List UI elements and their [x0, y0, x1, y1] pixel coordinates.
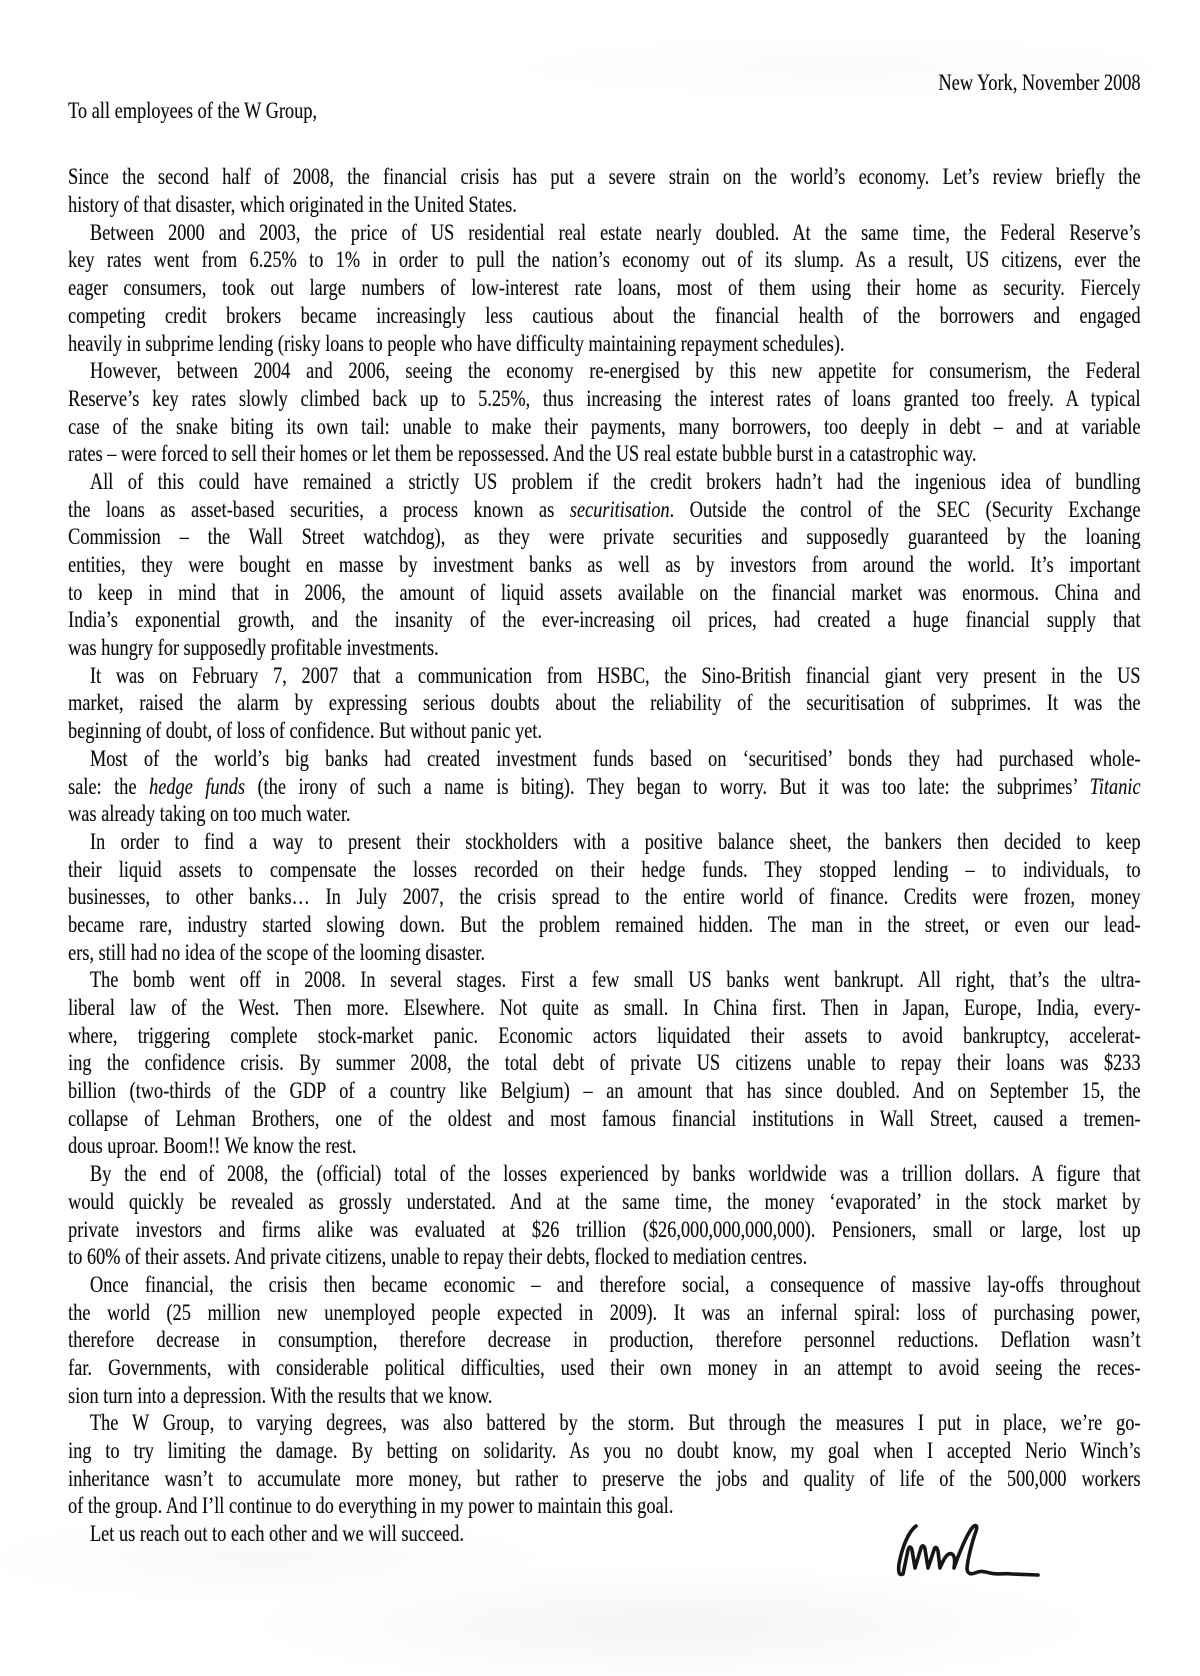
letter-line: rates – were forced to sell their homes …: [68, 441, 1141, 469]
letter-line: was already taking on too much water.: [68, 801, 1141, 829]
letter-paragraph: It was on February 7, 2007 that a commun…: [68, 663, 1141, 746]
letter-line: far. Governments, with considerable poli…: [68, 1355, 1141, 1383]
winch-signature-scrawl: [886, 1518, 1046, 1588]
letter-content: New York, November 2008 To all employees…: [68, 70, 1141, 1549]
letter-line: collapse of Lehman Brothers, one of the …: [68, 1106, 1141, 1134]
letter-paragraph: In order to find a way to present their …: [68, 829, 1141, 967]
letter-body: Since the second half of 2008, the finan…: [68, 164, 1141, 1548]
letter-line: dous uproar. Boom!! We know the rest.: [68, 1133, 1141, 1161]
letter-paragraph: The W Group, to varying degrees, was als…: [68, 1410, 1141, 1521]
letter-line: inheritance wasn’t to accumulate more mo…: [68, 1466, 1141, 1494]
letter-line: ing the confidence crisis. By summer 200…: [68, 1050, 1141, 1078]
letter-line: Since the second half of 2008, the finan…: [68, 164, 1141, 192]
winch-signature: [886, 1518, 1046, 1588]
letter-paragraph: Since the second half of 2008, the finan…: [68, 164, 1141, 219]
letter-line: Most of the world’s big banks had create…: [68, 746, 1141, 774]
letter-page: { "page": { "dateline": "New York, Novem…: [0, 0, 1200, 1676]
dateline: New York, November 2008: [68, 70, 1141, 98]
letter-paragraph: Between 2000 and 2003, the price of US r…: [68, 220, 1141, 358]
letter-line: businesses, to other banks… In July 2007…: [68, 884, 1141, 912]
letter-line: sion turn into a depression. With the re…: [68, 1383, 1141, 1411]
letter-line: to keep in mind that in 2006, the amount…: [68, 580, 1141, 608]
letter-line: beginning of doubt, of loss of confidenc…: [68, 718, 1141, 746]
letter-line: would quickly be revealed as grossly und…: [68, 1189, 1141, 1217]
letter-line: became rare, industry started slowing do…: [68, 912, 1141, 940]
letter-line: was hungry for supposedly profitable inv…: [68, 635, 1141, 663]
letter-line: market, raised the alarm by expressing s…: [68, 690, 1141, 718]
letter-line: to 60% of their assets. And private citi…: [68, 1244, 1141, 1272]
letter-line: Reserve’s key rates slowly climbed back …: [68, 386, 1141, 414]
letter-line: In order to find a way to present their …: [68, 829, 1141, 857]
letter-line: ers, still had no idea of the scope of t…: [68, 940, 1141, 968]
letter-line: key rates went from 6.25% to 1% in order…: [68, 247, 1141, 275]
letter-line: where, triggering complete stock-market …: [68, 1023, 1141, 1051]
letter-line: case of the snake biting its own tail: u…: [68, 414, 1141, 442]
letter-line: However, between 2004 and 2006, seeing t…: [68, 358, 1141, 386]
salutation: To all employees of the W Group,: [68, 98, 1141, 126]
letter-line: heavily in subprime lending (risky loans…: [68, 331, 1141, 359]
letter-line: therefore decrease in consumption, there…: [68, 1327, 1141, 1355]
letter-line: All of this could have remained a strict…: [68, 469, 1141, 497]
letter-line: liberal law of the West. Then more. Else…: [68, 995, 1141, 1023]
letter-line: By the end of 2008, the (official) total…: [68, 1161, 1141, 1189]
letter-line: entities, they were bought en masse by i…: [68, 552, 1141, 580]
letter-line: billion (two-thirds of the GDP of a coun…: [68, 1078, 1141, 1106]
letter-line: private investors and firms alike was ev…: [68, 1217, 1141, 1245]
letter-line: The bomb went off in 2008. In several st…: [68, 967, 1141, 995]
letter-line: sale: the hedge funds (the irony of such…: [68, 774, 1141, 802]
letter-line: competing credit brokers became increasi…: [68, 303, 1141, 331]
letter-paragraph: All of this could have remained a strict…: [68, 469, 1141, 663]
letter-paragraph: By the end of 2008, the (official) total…: [68, 1161, 1141, 1272]
letter-paragraph: Once financial, the crisis then became e…: [68, 1272, 1141, 1410]
letter-line: eager consumers, took out large numbers …: [68, 275, 1141, 303]
letter-paragraph: The bomb went off in 2008. In several st…: [68, 967, 1141, 1161]
letter-line: Commission – the Wall Street watchdog), …: [68, 524, 1141, 552]
letter-line: Between 2000 and 2003, the price of US r…: [68, 220, 1141, 248]
letter-line: the world (25 million new unemployed peo…: [68, 1300, 1141, 1328]
letter-line: The W Group, to varying degrees, was als…: [68, 1410, 1141, 1438]
letter-line: Once financial, the crisis then became e…: [68, 1272, 1141, 1300]
letter-line: of the group. And I’ll continue to do ev…: [68, 1493, 1141, 1521]
letter-line: the loans as asset-based securities, a p…: [68, 497, 1141, 525]
letter-line: history of that disaster, which originat…: [68, 192, 1141, 220]
letter-line: ing to try limiting the damage. By betti…: [68, 1438, 1141, 1466]
letter-line: India’s exponential growth, and the insa…: [68, 607, 1141, 635]
letter-paragraph: Most of the world’s big banks had create…: [68, 746, 1141, 829]
letter-line: their liquid assets to compensate the lo…: [68, 857, 1141, 885]
letter-line: It was on February 7, 2007 that a commun…: [68, 663, 1141, 691]
letter-paragraph: However, between 2004 and 2006, seeing t…: [68, 358, 1141, 469]
